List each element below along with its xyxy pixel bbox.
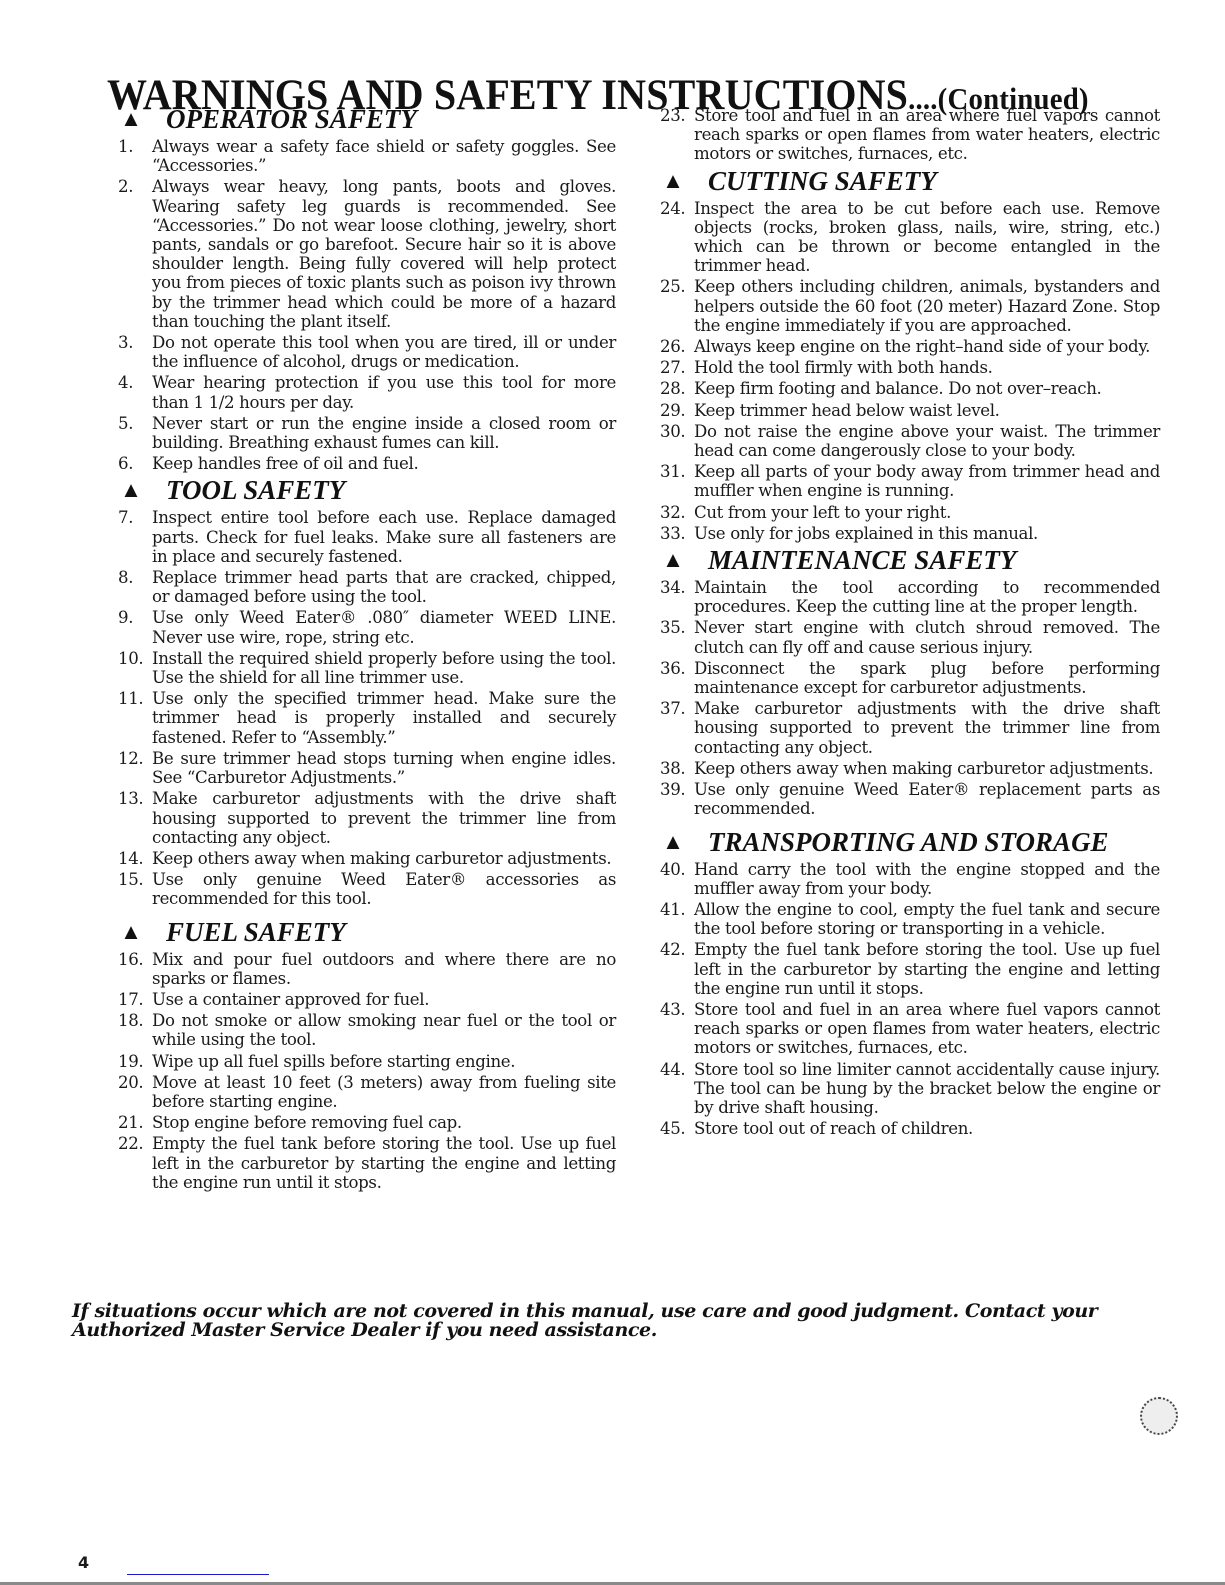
blue-underline-rule bbox=[127, 1574, 269, 1575]
item-text: Wipe up all fuel spills before starting … bbox=[152, 1052, 616, 1071]
item-number: 12. bbox=[118, 749, 152, 787]
item-text: Install the required shield properly bef… bbox=[152, 649, 616, 687]
item-number: 37. bbox=[660, 699, 694, 757]
item-number: 34. bbox=[660, 578, 694, 616]
item-text: Empty the fuel tank before storing the t… bbox=[152, 1134, 616, 1192]
fuel-safety-continued-list: 23.Store tool and fuel in an area where … bbox=[660, 106, 1160, 164]
list-item: 39.Use only genuine Weed Eater® replacem… bbox=[660, 780, 1160, 818]
item-number: 16. bbox=[118, 950, 152, 988]
item-text: Do not smoke or allow smoking near fuel … bbox=[152, 1011, 616, 1049]
item-text: Keep firm footing and balance. Do not ov… bbox=[694, 379, 1160, 398]
item-number: 26. bbox=[660, 337, 694, 356]
item-number: 28. bbox=[660, 379, 694, 398]
item-text: Mix and pour fuel outdoors and where the… bbox=[152, 950, 616, 988]
item-text: Use only genuine Weed Eater® replacement… bbox=[694, 780, 1160, 818]
list-item: 21.Stop engine before removing fuel cap. bbox=[118, 1113, 616, 1132]
item-text: Replace trimmer head parts that are crac… bbox=[152, 568, 616, 606]
cutting-safety-list: 24.Inspect the area to be cut before eac… bbox=[660, 199, 1160, 543]
item-number: 44. bbox=[660, 1060, 694, 1118]
list-item: 26.Always keep engine on the right–hand … bbox=[660, 337, 1160, 356]
item-number: 7. bbox=[118, 508, 152, 566]
item-number: 19. bbox=[118, 1052, 152, 1071]
item-text: Move at least 10 feet (3 meters) away fr… bbox=[152, 1073, 616, 1111]
item-number: 32. bbox=[660, 503, 694, 522]
item-text: Never start or run the engine inside a c… bbox=[152, 414, 616, 452]
list-item: 24.Inspect the area to be cut before eac… bbox=[660, 199, 1160, 276]
item-number: 30. bbox=[660, 422, 694, 460]
item-number: 21. bbox=[118, 1113, 152, 1132]
item-number: 18. bbox=[118, 1011, 152, 1049]
item-text: Keep handles free of oil and fuel. bbox=[152, 454, 616, 473]
list-item: 18.Do not smoke or allow smoking near fu… bbox=[118, 1011, 616, 1049]
operator-safety-list: 1.Always wear a safety face shield or sa… bbox=[118, 137, 616, 473]
item-number: 2. bbox=[118, 177, 152, 331]
item-text: Always wear heavy, long pants, boots and… bbox=[152, 177, 616, 331]
list-item: 25.Keep others including children, anima… bbox=[660, 277, 1160, 335]
item-text: Empty the fuel tank before storing the t… bbox=[694, 940, 1160, 998]
item-text: Use only for jobs explained in this manu… bbox=[694, 524, 1160, 543]
item-number: 6. bbox=[118, 454, 152, 473]
item-text: Do not operate this tool when you are ti… bbox=[152, 333, 616, 371]
list-item: 22.Empty the fuel tank before storing th… bbox=[118, 1134, 616, 1192]
item-text: Disconnect the spark plug before perform… bbox=[694, 659, 1160, 697]
item-number: 33. bbox=[660, 524, 694, 543]
list-item: 29.Keep trimmer head below waist level. bbox=[660, 401, 1160, 420]
item-number: 9. bbox=[118, 608, 152, 646]
item-text: Wear hearing protection if you use this … bbox=[152, 373, 616, 411]
section-title: FUEL SAFETY bbox=[166, 917, 346, 947]
item-number: 14. bbox=[118, 849, 152, 868]
section-operator-safety: ▲ OPERATOR SAFETY bbox=[118, 104, 616, 134]
item-text: Hand carry the tool with the engine stop… bbox=[694, 860, 1160, 898]
item-number: 11. bbox=[118, 689, 152, 747]
item-number: 5. bbox=[118, 414, 152, 452]
item-number: 29. bbox=[660, 401, 694, 420]
warning-triangle-icon: ▲ bbox=[118, 104, 144, 134]
item-number: 38. bbox=[660, 759, 694, 778]
list-item: 16.Mix and pour fuel outdoors and where … bbox=[118, 950, 616, 988]
list-item: 20.Move at least 10 feet (3 meters) away… bbox=[118, 1073, 616, 1111]
list-item: 15.Use only genuine Weed Eater® accessor… bbox=[118, 870, 616, 908]
list-item: 3.Do not operate this tool when you are … bbox=[118, 333, 616, 371]
list-item: 34.Maintain the tool according to recomm… bbox=[660, 578, 1160, 616]
item-text: Do not raise the engine above your waist… bbox=[694, 422, 1160, 460]
list-item: 43.Store tool and fuel in an area where … bbox=[660, 1000, 1160, 1058]
item-number: 24. bbox=[660, 199, 694, 276]
hole-punch-mark bbox=[1140, 1397, 1178, 1435]
item-text: Make carburetor adjustments with the dri… bbox=[152, 789, 616, 847]
item-number: 1. bbox=[118, 137, 152, 175]
transporting-storage-list: 40.Hand carry the tool with the engine s… bbox=[660, 860, 1160, 1139]
item-text: Keep others away when making carburetor … bbox=[152, 849, 616, 868]
item-text: Keep trimmer head below waist level. bbox=[694, 401, 1160, 420]
item-number: 17. bbox=[118, 990, 152, 1009]
item-number: 45. bbox=[660, 1119, 694, 1138]
item-text: Always wear a safety face shield or safe… bbox=[152, 137, 616, 175]
list-item: 12.Be sure trimmer head stops turning wh… bbox=[118, 749, 616, 787]
section-title: OPERATOR SAFETY bbox=[166, 104, 417, 134]
item-text: Keep others away when making carburetor … bbox=[694, 759, 1160, 778]
item-text: Store tool out of reach of children. bbox=[694, 1119, 1160, 1138]
list-item: 35.Never start engine with clutch shroud… bbox=[660, 618, 1160, 656]
section-title: MAINTENANCE SAFETY bbox=[708, 545, 1016, 575]
item-number: 10. bbox=[118, 649, 152, 687]
section-fuel-safety: ▲ FUEL SAFETY bbox=[118, 917, 616, 947]
item-number: 4. bbox=[118, 373, 152, 411]
right-column: 23.Store tool and fuel in an area where … bbox=[660, 106, 1160, 1140]
list-item: 27.Hold the tool firmly with both hands. bbox=[660, 358, 1160, 377]
item-text: Inspect the area to be cut before each u… bbox=[694, 199, 1160, 276]
section-maintenance-safety: ▲ MAINTENANCE SAFETY bbox=[660, 545, 1160, 575]
section-title: CUTTING SAFETY bbox=[708, 166, 937, 196]
list-item: 7.Inspect entire tool before each use. R… bbox=[118, 508, 616, 566]
section-tool-safety: ▲ TOOL SAFETY bbox=[118, 475, 616, 505]
item-text: Make carburetor adjustments with the dri… bbox=[694, 699, 1160, 757]
list-item: 13.Make carburetor adjustments with the … bbox=[118, 789, 616, 847]
section-title: TOOL SAFETY bbox=[166, 475, 345, 505]
list-item: 9.Use only Weed Eater® .080″ diameter WE… bbox=[118, 608, 616, 646]
maintenance-safety-list: 34.Maintain the tool according to recomm… bbox=[660, 578, 1160, 818]
item-number: 23. bbox=[660, 106, 694, 164]
list-item: 44.Store tool so line limiter cannot acc… bbox=[660, 1060, 1160, 1118]
list-item: 32.Cut from your left to your right. bbox=[660, 503, 1160, 522]
warning-triangle-icon: ▲ bbox=[660, 166, 686, 196]
item-number: 43. bbox=[660, 1000, 694, 1058]
item-text: Keep others including children, animals,… bbox=[694, 277, 1160, 335]
item-text: Always keep engine on the right–hand sid… bbox=[694, 337, 1160, 356]
section-title: TRANSPORTING AND STORAGE bbox=[708, 827, 1109, 857]
page-number: 4 bbox=[78, 1553, 89, 1572]
list-item: 36.Disconnect the spark plug before perf… bbox=[660, 659, 1160, 697]
item-text: Stop engine before removing fuel cap. bbox=[152, 1113, 616, 1132]
item-text: Hold the tool firmly with both hands. bbox=[694, 358, 1160, 377]
item-number: 35. bbox=[660, 618, 694, 656]
list-item: 19.Wipe up all fuel spills before starti… bbox=[118, 1052, 616, 1071]
list-item: 30.Do not raise the engine above your wa… bbox=[660, 422, 1160, 460]
list-item: 6.Keep handles free of oil and fuel. bbox=[118, 454, 616, 473]
section-cutting-safety: ▲ CUTTING SAFETY bbox=[660, 166, 1160, 196]
warning-triangle-icon: ▲ bbox=[660, 827, 686, 857]
list-item: 33.Use only for jobs explained in this m… bbox=[660, 524, 1160, 543]
item-number: 15. bbox=[118, 870, 152, 908]
item-text: Store tool and fuel in an area where fue… bbox=[694, 106, 1160, 164]
item-number: 22. bbox=[118, 1134, 152, 1192]
item-number: 36. bbox=[660, 659, 694, 697]
warning-triangle-icon: ▲ bbox=[118, 917, 144, 947]
list-item: 40.Hand carry the tool with the engine s… bbox=[660, 860, 1160, 898]
item-text: Use only genuine Weed Eater® accessories… bbox=[152, 870, 616, 908]
list-item: 41.Allow the engine to cool, empty the f… bbox=[660, 900, 1160, 938]
item-text: Cut from your left to your right. bbox=[694, 503, 1160, 522]
list-item: 1.Always wear a safety face shield or sa… bbox=[118, 137, 616, 175]
list-item: 10.Install the required shield properly … bbox=[118, 649, 616, 687]
item-text: Use a container approved for fuel. bbox=[152, 990, 616, 1009]
item-number: 20. bbox=[118, 1073, 152, 1111]
item-number: 39. bbox=[660, 780, 694, 818]
item-text: Allow the engine to cool, empty the fuel… bbox=[694, 900, 1160, 938]
list-item: 45.Store tool out of reach of children. bbox=[660, 1119, 1160, 1138]
list-item: 8.Replace trimmer head parts that are cr… bbox=[118, 568, 616, 606]
list-item: 14.Keep others away when making carburet… bbox=[118, 849, 616, 868]
list-item: 2.Always wear heavy, long pants, boots a… bbox=[118, 177, 616, 331]
item-text: Store tool and fuel in an area where fue… bbox=[694, 1000, 1160, 1058]
list-item: 42.Empty the fuel tank before storing th… bbox=[660, 940, 1160, 998]
item-text: Inspect entire tool before each use. Rep… bbox=[152, 508, 616, 566]
item-text: Use only the specified trimmer head. Mak… bbox=[152, 689, 616, 747]
list-item: 38.Keep others away when making carburet… bbox=[660, 759, 1160, 778]
section-transporting-storage: ▲ TRANSPORTING AND STORAGE bbox=[660, 827, 1160, 857]
list-item: 17.Use a container approved for fuel. bbox=[118, 990, 616, 1009]
item-number: 42. bbox=[660, 940, 694, 998]
warning-triangle-icon: ▲ bbox=[118, 475, 144, 505]
list-item: 23.Store tool and fuel in an area where … bbox=[660, 106, 1160, 164]
list-item: 28.Keep firm footing and balance. Do not… bbox=[660, 379, 1160, 398]
warning-triangle-icon: ▲ bbox=[660, 545, 686, 575]
list-item: 5.Never start or run the engine inside a… bbox=[118, 414, 616, 452]
list-item: 31.Keep all parts of your body away from… bbox=[660, 462, 1160, 500]
item-number: 40. bbox=[660, 860, 694, 898]
item-text: Keep all parts of your body away from tr… bbox=[694, 462, 1160, 500]
item-text: Be sure trimmer head stops turning when … bbox=[152, 749, 616, 787]
item-text: Store tool so line limiter cannot accide… bbox=[694, 1060, 1160, 1118]
item-number: 27. bbox=[660, 358, 694, 377]
fuel-safety-list: 16.Mix and pour fuel outdoors and where … bbox=[118, 950, 616, 1192]
item-number: 3. bbox=[118, 333, 152, 371]
item-text: Maintain the tool according to recommend… bbox=[694, 578, 1160, 616]
tool-safety-list: 7.Inspect entire tool before each use. R… bbox=[118, 508, 616, 908]
left-column: ▲ OPERATOR SAFETY 1.Always wear a safety… bbox=[118, 102, 616, 1194]
list-item: 37.Make carburetor adjustments with the … bbox=[660, 699, 1160, 757]
item-number: 31. bbox=[660, 462, 694, 500]
list-item: 11.Use only the specified trimmer head. … bbox=[118, 689, 616, 747]
item-text: Never start engine with clutch shroud re… bbox=[694, 618, 1160, 656]
footer-note: If situations occur which are not covere… bbox=[72, 1302, 1162, 1340]
item-number: 13. bbox=[118, 789, 152, 847]
list-item: 4.Wear hearing protection if you use thi… bbox=[118, 373, 616, 411]
item-number: 41. bbox=[660, 900, 694, 938]
item-number: 8. bbox=[118, 568, 152, 606]
item-number: 25. bbox=[660, 277, 694, 335]
item-text: Use only Weed Eater® .080″ diameter WEED… bbox=[152, 608, 616, 646]
